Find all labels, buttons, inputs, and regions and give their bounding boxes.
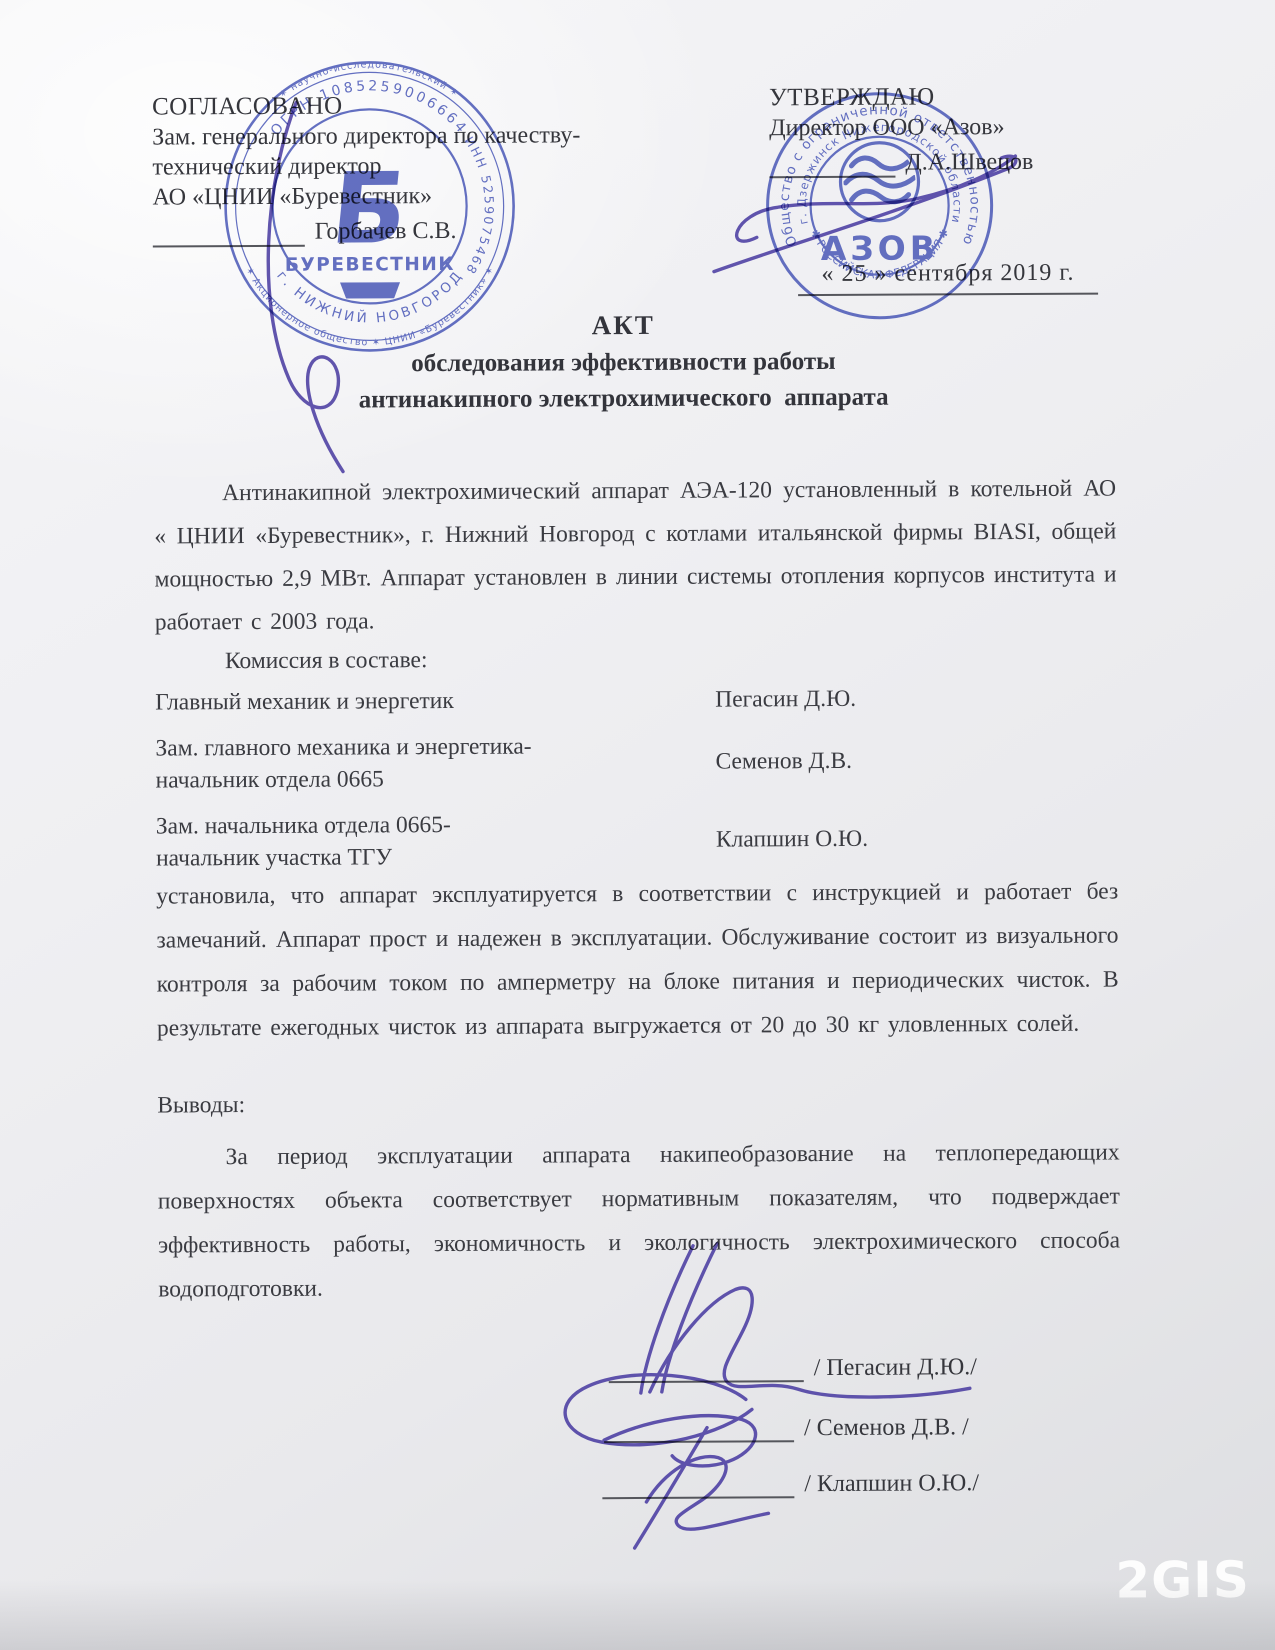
body-paragraph-1: Антинакипной электрохимический аппарат А…	[154, 467, 1117, 644]
document-title: АКТ обследования эффективности работы ан…	[153, 308, 1094, 416]
signature-name: / Пегасин Д.Ю./	[814, 1354, 977, 1382]
burevestnik-logo-icon: Б БУРЕВЕСТНИК	[284, 152, 455, 299]
signature-name: / Клапшин О.Ю./	[804, 1470, 979, 1498]
commission-heading: Комиссия в составе:	[225, 647, 428, 675]
azov-waves-globe-icon: АЗОВ	[820, 142, 939, 268]
commission-role: Главный механик и энергетик	[155, 684, 715, 719]
commission-member-name: Семенов Д.В.	[715, 744, 955, 777]
azov-stamp: Общество с ограниченной ответственностью…	[749, 75, 1010, 336]
signature-rule	[604, 1416, 794, 1443]
title-line-3: антинакипного электрохимического аппарат…	[154, 383, 1094, 416]
signature-rule	[609, 1356, 804, 1383]
commission-member-name: Клапшин О.Ю.	[716, 822, 956, 855]
scanned-document-page: СОГЛАСОВАНО Зам. генерального директора …	[0, 0, 1275, 1650]
commission-member-name: Пегасин Д.Ю.	[715, 682, 955, 715]
document-content: СОГЛАСОВАНО Зам. генерального директора …	[0, 0, 1275, 1650]
body-paragraph-2: установила, что аппарат эксплуатируется …	[156, 869, 1119, 1050]
svg-text:АЗОВ: АЗОВ	[821, 228, 939, 268]
svg-text:БУРЕВЕСТНИК: БУРЕВЕСТНИК	[285, 254, 455, 276]
commission-role: Зам. начальника отдела 0665- начальник у…	[156, 808, 716, 875]
title-line-2: обследования эффективности работы	[153, 347, 1093, 380]
signature-row-semenov: / Семенов Д.В. /	[604, 1414, 969, 1443]
body-paragraph-3: За период эксплуатации аппарата накипеоб…	[157, 1130, 1120, 1311]
signature-name: / Семенов Д.В. /	[804, 1414, 969, 1442]
watermark-2gis: 2GIS	[1115, 1551, 1250, 1610]
commission-role: Зам. главного механика и энергетика- нач…	[155, 730, 715, 797]
conclusions-heading: Выводы:	[157, 1092, 245, 1119]
commission-row: Зам. главного механика и энергетика- нач…	[155, 728, 965, 796]
title-line-1: АКТ	[153, 308, 1093, 344]
commission-row: Главный механик и энергетик Пегасин Д.Ю.	[155, 682, 965, 718]
signature-rule	[602, 1472, 794, 1499]
svg-text:Б: Б	[326, 152, 412, 266]
signature-row-pegasin: / Пегасин Д.Ю./	[609, 1354, 977, 1383]
commission-list: Главный механик и энергетик Пегасин Д.Ю.…	[155, 682, 966, 888]
signature-row-klapshin: / Клапшин О.Ю./	[602, 1470, 979, 1499]
commission-row: Зам. начальника отдела 0665- начальник у…	[156, 806, 966, 874]
